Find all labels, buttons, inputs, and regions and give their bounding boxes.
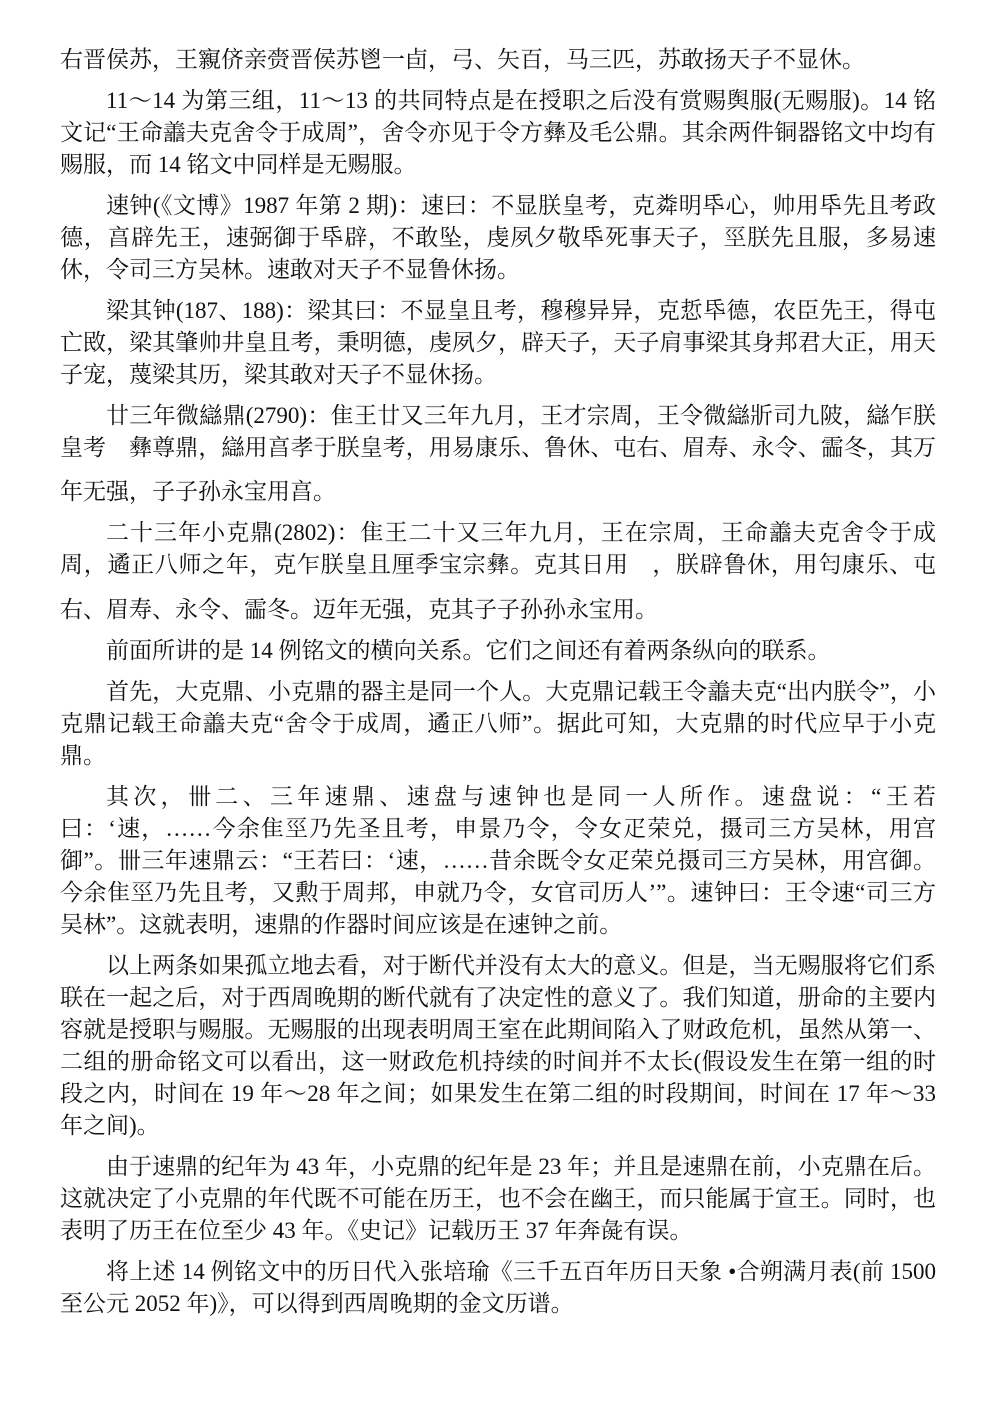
stacked-character-top: 将 bbox=[106, 453, 129, 462]
text-run: 前面所讲的是 14 例铭文的横向关系。它们之间还有着两条纵向的联系。 bbox=[106, 638, 831, 663]
paragraph: 其次，卌二、三年速鼎、速盘与速钟也是同一人所作。速盘说：“王若曰：‘速，……今余… bbox=[60, 781, 936, 941]
paragraph: 将上述 14 例铭文中的历日代入张培瑜《三千五百年历日天象 •合朔满月表(前 1… bbox=[60, 1256, 936, 1320]
paragraph: 前面所讲的是 14 例铭文的横向关系。它们之间还有着两条纵向的联系。 bbox=[60, 635, 936, 667]
document-page: 右晋侯苏，王寴侪亲赍晋侯苏鬯一卣，弓、矢百，马三匹，苏敢扬天子不显休。11～14… bbox=[0, 0, 992, 1403]
paragraph: 二十三年小克鼎(2802)：隹王二十又三年九月，王在宗周，王命譱夫克舍令于成周，… bbox=[60, 517, 936, 625]
text-run: 梁其钟(187、188)：梁其曰：不显皇且考，穆穆异异，克悊氒德，农臣先王，得屯… bbox=[60, 298, 936, 387]
text-run: 右晋侯苏，王寴侪亲赍晋侯苏鬯一卣，弓、矢百，马三匹，苏敢扬天子不显休。 bbox=[60, 47, 865, 72]
paragraph: 首先，大克鼎、小克鼎的器主是同一个人。大克鼎记载王令譱夫克“出内朕令”，小克鼎记… bbox=[60, 676, 936, 772]
stacked-character-bottom: 鼎 bbox=[629, 579, 652, 588]
stacked-character-bottom: 鼎 bbox=[106, 462, 129, 471]
text-run: 由于速鼎的纪年为 43 年，小克鼎的纪年是 23 年；并且是速鼎在前，小克鼎在后… bbox=[60, 1154, 936, 1243]
text-run: 首先，大克鼎、小克鼎的器主是同一个人。大克鼎记载王令譱夫克“出内朕令”，小克鼎记… bbox=[60, 679, 936, 768]
text-run: 速钟(《文博》1987 年第 2 期)：速曰：不显朕皇考，克粦明氒心，帅用氒先且… bbox=[60, 193, 936, 282]
paragraph: 廿三年微䜌鼎(2790)：隹王廿又三年九月，王才宗周，王令微䜌斨司九陂，䜌乍朕皇… bbox=[60, 400, 936, 508]
text-run: 彝尊鼎，䜌用亯孝于朕皇考，用易康乐、鲁休、屯右、眉寿、永令、霝冬，其万年无强，子… bbox=[60, 435, 936, 504]
paragraph: 由于速鼎的纪年为 43 年，小克鼎的纪年是 23 年；并且是速鼎在前，小克鼎在后… bbox=[60, 1151, 936, 1247]
paragraph: 速钟(《文博》1987 年第 2 期)：速曰：不显朕皇考，克粦明氒心，帅用氒先且… bbox=[60, 190, 936, 286]
paragraph: 11～14 为第三组，11～13 的共同特点是在授职之后没有赏赐舆服(无赐服)。… bbox=[60, 85, 936, 181]
text-run: 以上两条如果孤立地去看，对于断代并没有太大的意义。但是，当无赐服将它们系联在一起… bbox=[60, 953, 936, 1138]
paragraph: 以上两条如果孤立地去看，对于断代并没有太大的意义。但是，当无赐服将它们系联在一起… bbox=[60, 950, 936, 1142]
stacked-rare-character: 将鼎 bbox=[106, 448, 129, 477]
text-column: 右晋侯苏，王寴侪亲赍晋侯苏鬯一卣，弓、矢百，马三匹，苏敢扬天子不显休。11～14… bbox=[60, 44, 936, 1320]
text-run: 其次，卌二、三年速鼎、速盘与速钟也是同一人所作。速盘说：“王若曰：‘速，……今余… bbox=[60, 784, 936, 937]
stacked-rare-character: 将鼎 bbox=[629, 565, 652, 594]
stacked-character-top: 将 bbox=[629, 571, 652, 580]
text-run: 11～14 为第三组，11～13 的共同特点是在授职之后没有赏赐舆服(无赐服)。… bbox=[60, 88, 936, 177]
text-run: 将上述 14 例铭文中的历日代入张培瑜《三千五百年历日天象 •合朔满月表(前 1… bbox=[60, 1259, 936, 1316]
paragraph: 右晋侯苏，王寴侪亲赍晋侯苏鬯一卣，弓、矢百，马三匹，苏敢扬天子不显休。 bbox=[60, 44, 936, 76]
paragraph: 梁其钟(187、188)：梁其曰：不显皇且考，穆穆异异，克悊氒德，农臣先王，得屯… bbox=[60, 295, 936, 391]
